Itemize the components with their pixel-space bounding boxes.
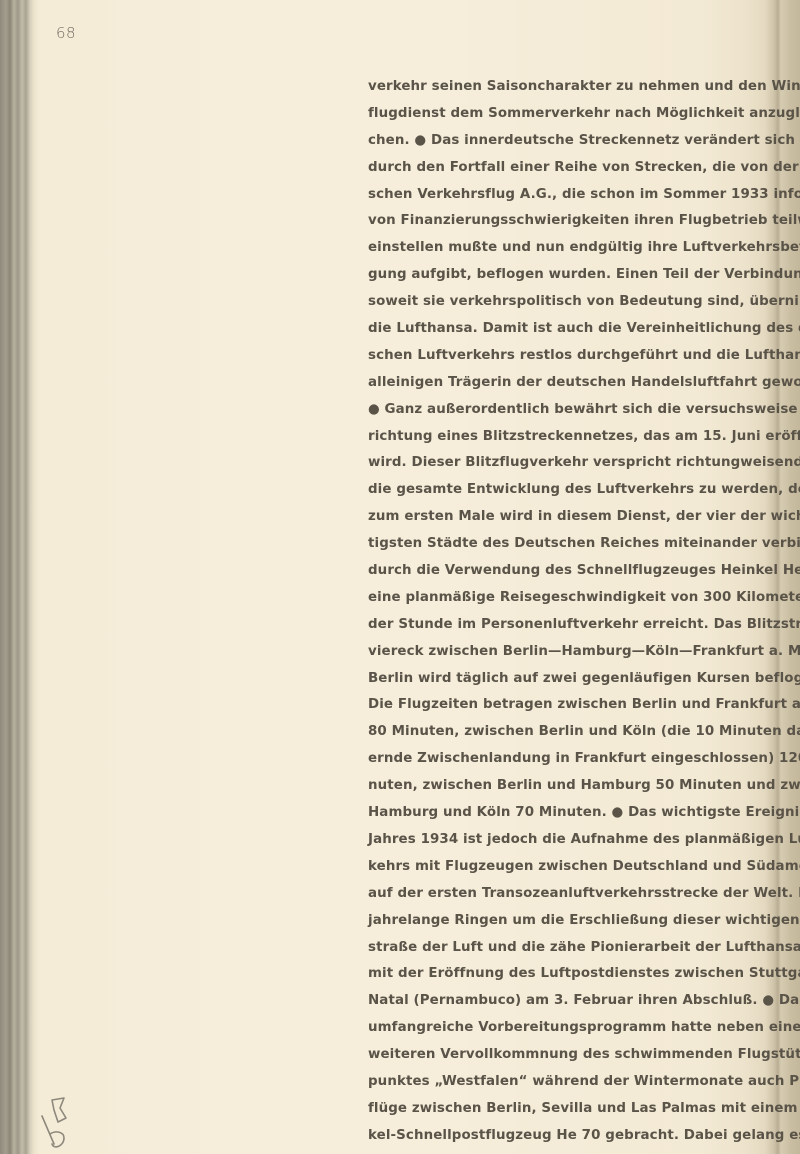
text-line: weiteren Vervollkommnung des schwimmende… (368, 1042, 760, 1069)
text-line: Hamburg und Köln 70 Minuten. ● Das wicht… (368, 800, 760, 827)
text-line: schen Verkehrsflug A.G., die schon im So… (368, 182, 760, 209)
text-line: nuten, zwischen Berlin und Hamburg 50 Mi… (368, 773, 760, 800)
text-line: Jahres 1934 ist jedoch die Aufnahme des … (368, 827, 760, 854)
text-line: soweit sie verkehrspolitisch von Bedeutu… (368, 289, 760, 316)
pencil-annotation-icon (38, 1096, 74, 1154)
text-line: richtung eines Blitzstreckennetzes, das … (368, 424, 760, 451)
page-number: 68 (56, 24, 76, 42)
text-line: straße der Luft und die zähe Pionierarbe… (368, 935, 760, 962)
text-line: eine planmäßige Reisegeschwindigkeit von… (368, 585, 760, 612)
text-line: der Stunde im Personenluftverkehr erreic… (368, 612, 760, 639)
text-line: kel-Schnellpostflugzeug He 70 gebracht. … (368, 1123, 760, 1150)
text-line: verkehr seinen Saisoncharakter zu nehmen… (368, 74, 760, 101)
text-line: Berlin wird täglich auf zwei gegenläufig… (368, 666, 760, 693)
text-line: umfangreiche Vorbereitungsprogramm hatte… (368, 1015, 760, 1042)
text-line: ernde Zwischenlandung in Frankfurt einge… (368, 746, 760, 773)
text-line: jahrelange Ringen um die Erschließung di… (368, 908, 760, 935)
text-line: die Lufthansa. Damit ist auch die Verein… (368, 316, 760, 343)
text-line: einstellen mußte und nun endgültig ihre … (368, 235, 760, 262)
text-line: gung aufgibt, beflogen wurden. Einen Tei… (368, 262, 760, 289)
text-line: Die Flugzeiten betragen zwischen Berlin … (368, 692, 760, 719)
text-line: schen Luftverkehrs restlos durchgeführt … (368, 343, 760, 370)
text-line: 80 Minuten, zwischen Berlin und Köln (di… (368, 719, 760, 746)
text-line: mit der Eröffnung des Luftpostdienstes z… (368, 961, 760, 988)
text-line: viereck zwischen Berlin—Hamburg—Köln—Fra… (368, 639, 760, 666)
text-line: tigsten Städte des Deutschen Reiches mit… (368, 531, 760, 558)
text-line: alleinigen Trägerin der deutschen Handel… (368, 370, 760, 397)
text-line: von Finanzierungsschwierigkeiten ihren F… (368, 208, 760, 235)
text-line: wird. Dieser Blitzflugverkehr verspricht… (368, 450, 760, 477)
text-line: die gesamte Entwicklung des Luftverkehrs… (368, 477, 760, 504)
text-line: flugdienst dem Sommerverkehr nach Möglic… (368, 101, 760, 128)
text-line: Natal (Pernambuco) am 3. Februar ihren A… (368, 988, 760, 1015)
book-page: 68 verkehr seinen Saisoncharakter zu neh… (0, 0, 800, 1154)
text-line: punktes „Westfalen“ während der Wintermo… (368, 1069, 760, 1096)
text-line: durch die Verwendung des Schnellflugzeug… (368, 558, 760, 585)
text-line: flüge zwischen Berlin, Sevilla und Las P… (368, 1096, 760, 1123)
body-text: verkehr seinen Saisoncharakter zu nehmen… (368, 74, 760, 1150)
text-line: chen. ● Das innerdeutsche Streckennetz v… (368, 128, 760, 155)
text-line: zum ersten Male wird in diesem Dienst, d… (368, 504, 760, 531)
text-line: ● Ganz außerordentlich bewährt sich die … (368, 397, 760, 424)
text-line: durch den Fortfall einer Reihe von Strec… (368, 155, 760, 182)
text-line: kehrs mit Flugzeugen zwischen Deutschlan… (368, 854, 760, 881)
text-line: auf der ersten Transozeanluftverkehrsstr… (368, 881, 760, 908)
